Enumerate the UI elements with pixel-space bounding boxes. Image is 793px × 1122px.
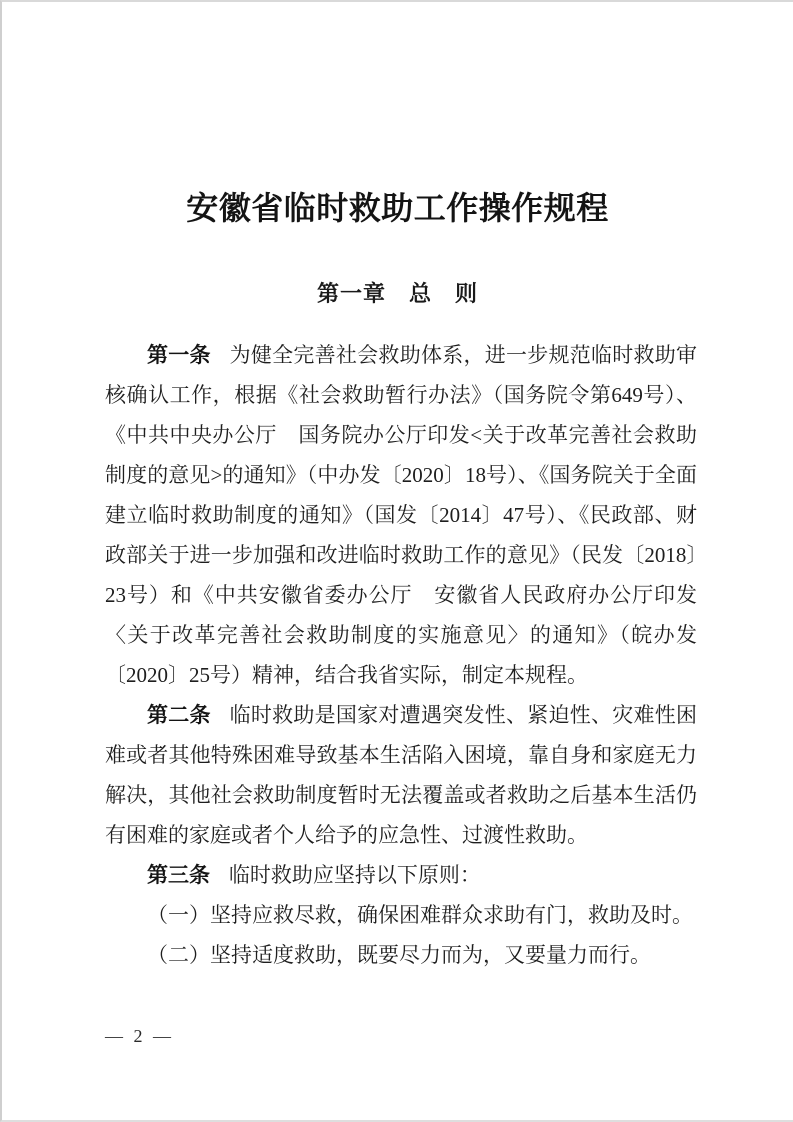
article-paragraph: 第二条临时救助是国家对遭遇突发性、紧迫性、灾难性困难或者其他特殊困难导致基本生活…: [105, 695, 697, 855]
article-lead: 第三条: [147, 863, 210, 887]
page-number: — 2 —: [105, 1026, 174, 1047]
chapter-heading: 第一章 总 则: [2, 280, 793, 308]
document-body: 第一条为健全完善社会救助体系，进一步规范临时救助审核确认工作，根据《社会救助暂行…: [105, 335, 697, 975]
article-lead: 第一条: [147, 343, 211, 367]
article-lead: 第二条: [147, 703, 211, 727]
document-page: 安徽省临时救助工作操作规程 第一章 总 则 第一条为健全完善社会救助体系，进一步…: [0, 0, 793, 1122]
article-paragraph: 第一条为健全完善社会救助体系，进一步规范临时救助审核确认工作，根据《社会救助暂行…: [105, 335, 697, 695]
article-text: （二）坚持适度救助，既要尽力而为，又要量力而行。: [147, 943, 651, 967]
article-text: （一）坚持应救尽救，确保困难群众求助有门，救助及时。: [147, 903, 693, 927]
document-title: 安徽省临时救助工作操作规程: [2, 188, 793, 228]
article-paragraph: （二）坚持适度救助，既要尽力而为，又要量力而行。: [105, 935, 697, 975]
article-paragraph: 第三条临时救助应坚持以下原则：: [105, 855, 697, 895]
article-text: 为健全完善社会救助体系，进一步规范临时救助审核确认工作，根据《社会救助暂行办法》…: [105, 343, 697, 687]
article-paragraph: （一）坚持应救尽救，确保困难群众求助有门，救助及时。: [105, 895, 697, 935]
article-text: 临时救助应坚持以下原则：: [229, 863, 481, 887]
